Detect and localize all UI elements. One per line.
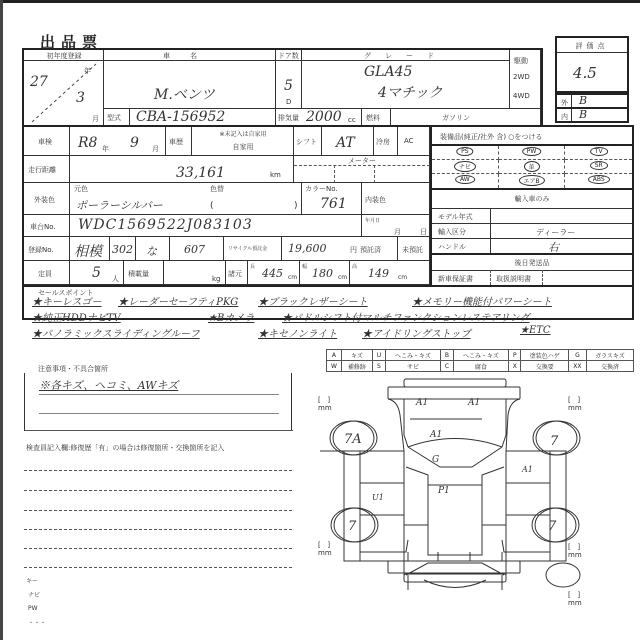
registration-label-cell: 登録No. — [24, 237, 70, 261]
mileage-value: 33,161 — [176, 165, 225, 181]
sales-point: ★メモリー機能付パワーシート — [412, 293, 552, 308]
width-cell: 幅 180 cm — [300, 261, 350, 285]
load-label-cell: 積載量 — [124, 261, 164, 285]
recycle-value: 19,600 — [288, 242, 327, 255]
recycle-status2-cell: 未預託 — [398, 237, 430, 261]
right-door-mark: A1 — [521, 465, 533, 474]
equipment-item-label: PS — [456, 147, 473, 156]
capacity-label-cell: 定員 — [24, 261, 70, 285]
registration-class-cell: 302 — [110, 237, 136, 261]
main-block: 車検 R8 年 9 月 車歴 ※未記入は自家用 自家用 シフト AT 冷房 AC… — [22, 125, 634, 320]
history-label-cell: 車歴 — [166, 127, 192, 156]
registration-class: 302 — [112, 243, 133, 256]
drive-4wd: 4WD — [513, 92, 530, 100]
import-type-label: 輸入区分 — [438, 227, 466, 237]
load-unit: kg — [212, 275, 221, 283]
first-registration-cell: 初年度登録 27 年 3 月 — [24, 50, 104, 127]
bumper-mark-left: A1 — [415, 398, 428, 408]
registration-label: 登録No. — [28, 245, 54, 255]
legend-code: P — [509, 350, 521, 361]
hood-mark: A1 — [429, 430, 442, 440]
equipment-item-label: SR — [590, 161, 608, 170]
legend-code: A — [327, 350, 342, 361]
legend-meaning: 塗装色ハゲ — [521, 350, 568, 361]
equipment-item: AW — [432, 174, 499, 188]
width-label: 幅 — [302, 263, 307, 270]
mm-front-left: [ ]mm — [318, 396, 332, 412]
later-docs-header: 後日発送品 — [432, 258, 632, 268]
registration-kana: な — [146, 243, 157, 259]
legend-code: C — [441, 361, 453, 372]
displacement-value: 2000 — [306, 109, 342, 125]
dimensions-label-cell: 諸元 — [226, 261, 248, 285]
legend-code: U — [373, 350, 386, 361]
sales-point: ★パドルシフト付マルチファンクションレステアリング — [282, 309, 530, 324]
width-value: 180 — [312, 267, 333, 280]
equipment-item-label: ABS — [588, 175, 610, 184]
load-value-cell: kg — [164, 261, 226, 285]
drive-cell: 駆動 2WD 4WD — [510, 50, 541, 109]
color-value-cell: 元色 色替 ポーラーシルバー ( ) — [70, 183, 302, 215]
grade-cell: グレード GLA45 4マチック — [302, 50, 510, 109]
color-label-cell: 外装色 — [24, 183, 70, 215]
mm-label: mm — [568, 404, 582, 412]
sales-point: ★アイドリングストップ — [362, 325, 471, 340]
ac-label: 冷房 — [376, 137, 390, 147]
chassis-label-cell: 車台No. — [24, 215, 70, 237]
registration-kana-cell: な — [136, 237, 170, 261]
date-month-unit: 月 — [394, 227, 401, 237]
equipment-item: SR — [565, 160, 632, 174]
length-label: 長 — [250, 263, 255, 270]
sales-point: ★Bカメラ — [208, 309, 254, 324]
car-name-cell: 車名 M.ベンツ — [104, 50, 276, 109]
bottom-label-pw: PW — [28, 605, 38, 612]
recycle-status-not-deposited: 未預託 — [402, 245, 423, 255]
later-doc-warranty: 新車保証書 — [438, 274, 473, 284]
recycle-value-cell: 19,600 円 預託済 — [282, 237, 398, 261]
legend-code: G — [568, 350, 586, 361]
history-value-cell: ※未記入は自家用 自家用 — [192, 127, 294, 156]
model-label: 型式 — [107, 113, 121, 123]
legend-code: S — [373, 361, 386, 372]
equipment-item: PS — [432, 146, 499, 160]
doors-unit: D — [286, 98, 291, 106]
handle-label: ハンドル — [438, 242, 466, 252]
equipment-grid: PSPWTVナビ革SRAWエアBABS — [432, 146, 632, 188]
legend-meaning: 交換済 — [586, 361, 633, 372]
later-doc-manual: 取扱説明書 — [496, 274, 531, 284]
history-note: ※未記入は自家用 — [192, 129, 294, 138]
notes-line1: ※各キズ、ヘコミ、AWキズ — [39, 377, 178, 393]
import-type-value: ディーラー — [536, 227, 575, 238]
mm-label: mm — [318, 404, 332, 412]
mileage-label: 走行距離 — [28, 165, 56, 175]
width-unit: cm — [338, 274, 347, 281]
legend-meaning: 補修跡 — [341, 361, 372, 372]
mm-rear-right: [ ]mm — [568, 543, 582, 559]
drive-2wd: 2WD — [513, 73, 530, 81]
capacity-unit: 人 — [112, 274, 119, 284]
color-no-value: 761 — [320, 196, 347, 212]
equipment-item: エアB — [499, 174, 566, 188]
chassis-value: WDC1569522J083103 — [78, 217, 253, 233]
legend-meaning: ガラスキズ — [586, 350, 633, 361]
date-day-unit: 日 — [420, 227, 427, 237]
ac-label-cell: 冷房 — [374, 127, 398, 156]
height-label: 高 — [352, 263, 357, 270]
front-right-tire-value: 7 — [550, 434, 559, 449]
shift-value: AT — [336, 135, 355, 151]
date-label: 年月日 — [365, 217, 380, 224]
shift-value-cell: AT — [322, 127, 374, 156]
sales-point: ★純正HDDナビTV — [32, 309, 121, 324]
sales-point: ★キーレスゴー — [32, 293, 102, 308]
length-value: 445 — [262, 267, 283, 280]
legend-meaning: 交換要 — [521, 361, 568, 372]
windshield-mark: G — [432, 455, 439, 465]
legend-code: XX — [568, 361, 586, 372]
bottom-label-other: ・・・ — [28, 618, 46, 627]
equipment-item-label: TV — [590, 147, 608, 156]
height-value: 149 — [368, 267, 389, 280]
sales-point: ★レーダーセーフティPKG — [118, 293, 238, 308]
score-value: 4.5 — [573, 64, 597, 82]
rear-tires-diagram: 7 7 — [300, 490, 640, 630]
mm-spare: [ ]mm — [568, 591, 582, 607]
interior-color-label: 内装色 — [365, 195, 386, 205]
length-cell: 長 445 cm — [248, 261, 300, 285]
date-cell: 年月日 月 日 — [362, 215, 430, 237]
legend-meaning: へこみ・キズ — [385, 350, 440, 361]
ac-value: AC — [404, 137, 414, 145]
dimensions-label: 諸元 — [228, 269, 242, 279]
drive-label: 駆動 — [514, 56, 528, 66]
registration-number: 607 — [184, 243, 205, 256]
original-color-label: 元色 — [74, 184, 88, 194]
inspection-label-cell: 車検 — [24, 127, 70, 156]
interior-score: 内 B — [555, 107, 629, 123]
height-cell: 高 149 cm — [350, 261, 430, 285]
equipment-item-label: 革 — [524, 161, 540, 172]
mm-rear-left: [ ]mm — [318, 541, 332, 557]
interior-color-cell: 内装色 — [362, 183, 430, 215]
capacity-label: 定員 — [38, 269, 52, 279]
shift-label-cell: シフト — [294, 127, 322, 156]
front-left-tire-value: 7A — [344, 432, 362, 447]
legend-meaning: 腐食 — [453, 361, 508, 372]
score-box: 評価点 4.5 — [555, 36, 629, 93]
inspection-value-cell: R8 年 9 月 — [70, 127, 166, 156]
displacement-label: 排気量 — [278, 113, 299, 123]
sales-point: ★ブラックレザーシート — [258, 293, 368, 308]
recycle-label-cell: リサイクル預託金 — [224, 237, 282, 261]
mm-label: mm — [568, 599, 582, 607]
legend-code: B — [441, 350, 453, 361]
capacity-value-cell: 5 人 — [70, 261, 124, 285]
model-value: CBA-156952 — [136, 109, 225, 125]
bumper-mark-right: A1 — [467, 398, 480, 408]
equipment-item-label: PW — [522, 147, 542, 156]
equipment-panel: 装備品(純正/社外 含) ○をつける PSPWTVナビ革SRAWエアBABS 輸… — [430, 127, 632, 285]
chassis-value-cell: WDC1569522J083103 — [70, 215, 362, 237]
mm-front-right: [ ]mm — [568, 396, 582, 412]
repaint-label: 色替 — [210, 184, 224, 194]
equipment-item: 革 — [499, 160, 566, 174]
equipment-item-label: ナビ — [454, 161, 476, 172]
registration-number-cell: 607 — [170, 237, 224, 261]
import-header: 輸入車のみ — [432, 194, 632, 204]
scan-border-top — [0, 0, 640, 3]
score-label: 評価点 — [557, 41, 627, 51]
legend-meaning: キズ — [341, 350, 372, 361]
color-label: 外装色 — [34, 195, 55, 205]
equipment-item: PW — [499, 146, 566, 160]
bottom-label-navi: ナビ — [28, 590, 40, 599]
inspector-label: 検査員記入欄:修復歴「有」の場合は修復箇所・交換箇所を記入 — [26, 443, 224, 453]
inspection-month: 9 — [130, 135, 139, 151]
model-year-label: モデル年式 — [438, 212, 473, 222]
grade-line1: GLA45 — [364, 64, 412, 80]
fuel-value: ガソリン — [442, 113, 470, 123]
scan-border-left — [0, 0, 3, 640]
inspection-year-unit: 年 — [102, 144, 109, 154]
interior-grade: B — [579, 108, 587, 121]
grade-line2: 4マチック — [378, 82, 443, 102]
color-no-label: カラーNo. — [305, 184, 338, 194]
interior-label: 内 — [561, 112, 568, 122]
history-label: 車歴 — [169, 137, 183, 147]
recycle-unit: 円 — [350, 245, 357, 255]
equipment-item-label: エアB — [518, 175, 544, 186]
sales-point: ★ETC — [520, 325, 551, 336]
doors-value: 5 — [284, 78, 293, 94]
capacity-value: 5 — [92, 265, 101, 281]
registration-area-cell: 相模 — [70, 237, 110, 261]
equipment-header: 装備品(純正/社外 含) ○をつける — [440, 132, 542, 142]
bottom-label-key: キー — [26, 576, 38, 585]
header-block: 初年度登録 27 年 3 月 車名 M.ベンツ ドア数 5 D グレード GLA… — [22, 48, 543, 127]
legend-code: X — [509, 361, 521, 372]
fuel-label: 燃料 — [366, 113, 380, 123]
doors-cell: ドア数 5 D — [276, 50, 302, 109]
inspection-label: 車検 — [38, 137, 52, 147]
recycle-label: リサイクル預託金 — [228, 245, 267, 252]
recycle-status-deposited: 預託済 — [360, 245, 381, 255]
shift-label: シフト — [296, 137, 317, 147]
meter-cell: メーター — [294, 156, 430, 183]
equipment-item-label: AW — [455, 175, 475, 184]
rear-right-tire-value: 7 — [548, 519, 557, 534]
history-value: 自家用 — [192, 142, 294, 152]
load-label: 積載量 — [128, 269, 149, 279]
exterior-grade: B — [579, 94, 587, 107]
mm-label: mm — [568, 551, 582, 559]
equipment-item: ナビ — [432, 160, 499, 174]
equipment-item: TV — [565, 146, 632, 160]
damage-legend: AキズUへこみ・キズBへこみ・キズP塗装色ハゲGガラスキズ W補修跡SサビC腐食… — [326, 349, 634, 372]
original-color-value: ポーラーシルバー — [76, 197, 163, 213]
car-name-value: M.ベンツ — [154, 84, 215, 104]
chassis-label: 車台No. — [30, 222, 56, 232]
color-no-cell: カラーNo. 761 — [302, 183, 362, 215]
rear-left-tire-value: 7 — [348, 519, 357, 534]
legend-meaning: サビ — [385, 361, 440, 372]
ac-value-cell: AC — [398, 127, 430, 156]
displacement-unit: cc — [348, 116, 356, 124]
sales-point: ★キセノンライト — [258, 325, 337, 340]
legend-code: W — [327, 361, 342, 372]
sales-points-list: ★キーレスゴー★レーダーセーフティPKG★ブラックレザーシート★メモリー機能付パ… — [32, 295, 628, 345]
length-unit: cm — [288, 274, 297, 281]
mm-label: mm — [318, 549, 332, 557]
registration-area: 相模 — [74, 241, 102, 261]
inspection-value: R8 — [78, 135, 97, 151]
mileage-label-cell: 走行距離 — [24, 156, 70, 183]
mileage-unit: km — [270, 171, 281, 179]
sales-point: ★パノラミックスライディングルーフ — [32, 325, 200, 340]
legend-meaning: へこみ・キズ — [453, 350, 508, 361]
notes-box: ※各キズ、ヘコミ、AWキズ — [24, 373, 292, 431]
inspection-month-unit: 月 — [152, 144, 159, 154]
equipment-item: ABS — [565, 174, 632, 188]
mileage-value-cell: 33,161 km — [70, 156, 294, 183]
height-unit: cm — [398, 274, 407, 281]
